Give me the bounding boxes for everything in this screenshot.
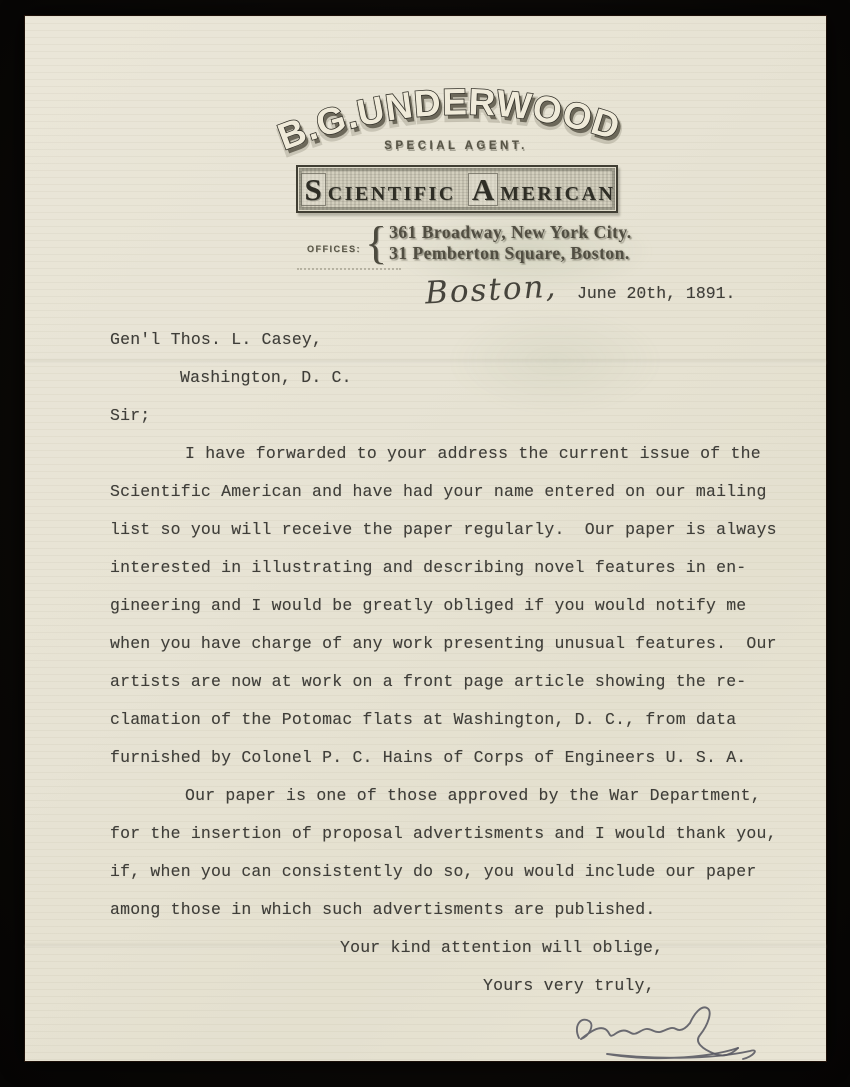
body-line: list so you will receive the paper regul… (110, 518, 790, 556)
photo-background: B.G.UNDERWOOD. B.G.UNDERWOOD. B.G.UNDERW… (0, 0, 850, 1087)
body-line: if, when you can consistently do so, you… (110, 860, 790, 898)
body-line: clamation of the Potomac flats at Washin… (110, 708, 790, 746)
printer-imprint (297, 268, 401, 272)
initial-letter-s: S (301, 173, 326, 206)
letter-body: Gen'l Thos. L. Casey, Washington, D. C. … (110, 328, 790, 1012)
publication-word-scientific: SCIENTIFIC (299, 173, 456, 206)
recipient-name: Gen'l Thos. L. Casey, (110, 328, 790, 366)
closing-attention-line: Your kind attention will oblige, (110, 936, 790, 974)
body-line: I have forwarded to your address the cur… (110, 442, 790, 480)
dateline-place: Boston, (424, 269, 558, 312)
body-line: Scientific American and have had your na… (110, 480, 790, 518)
body-line: Our paper is one of those approved by th… (110, 784, 790, 822)
salutation: Sir; (110, 404, 790, 442)
body-line: for the insertion of proposal advertisme… (110, 822, 790, 860)
body-line: gineering and I would be greatly obliged… (110, 594, 790, 632)
office-address-newyork: 361 Broadway, New York City. (389, 222, 631, 243)
publication-banner: SCIENTIFIC AMERICAN (296, 165, 618, 213)
offices-block: OFFICES: { 361 Broadway, New York City. … (307, 222, 632, 264)
dateline-date: June 20th, 1891. (577, 284, 735, 303)
brace-glyph: { (365, 222, 387, 263)
body-line: furnished by Colonel P. C. Hains of Corp… (110, 746, 790, 784)
letter-page: B.G.UNDERWOOD. B.G.UNDERWOOD. B.G.UNDERW… (25, 16, 826, 1061)
body-line: among those in which such advertisments … (110, 898, 790, 936)
letterhead-subtitle: SPECIAL AGENT. (297, 140, 615, 152)
initial-letter-a: A (468, 173, 498, 206)
office-address-boston: 31 Pemberton Square, Boston. (389, 243, 631, 264)
signature-handwriting (545, 1002, 785, 1072)
publication-word-american: AMERICAN (466, 173, 616, 206)
body-line: when you have charge of any work present… (110, 632, 790, 670)
offices-label: OFFICES: (307, 244, 361, 254)
body-line: artists are now at work on a front page … (110, 670, 790, 708)
body-line: interested in illustrating and describin… (110, 556, 790, 594)
recipient-address: Washington, D. C. (110, 366, 790, 404)
